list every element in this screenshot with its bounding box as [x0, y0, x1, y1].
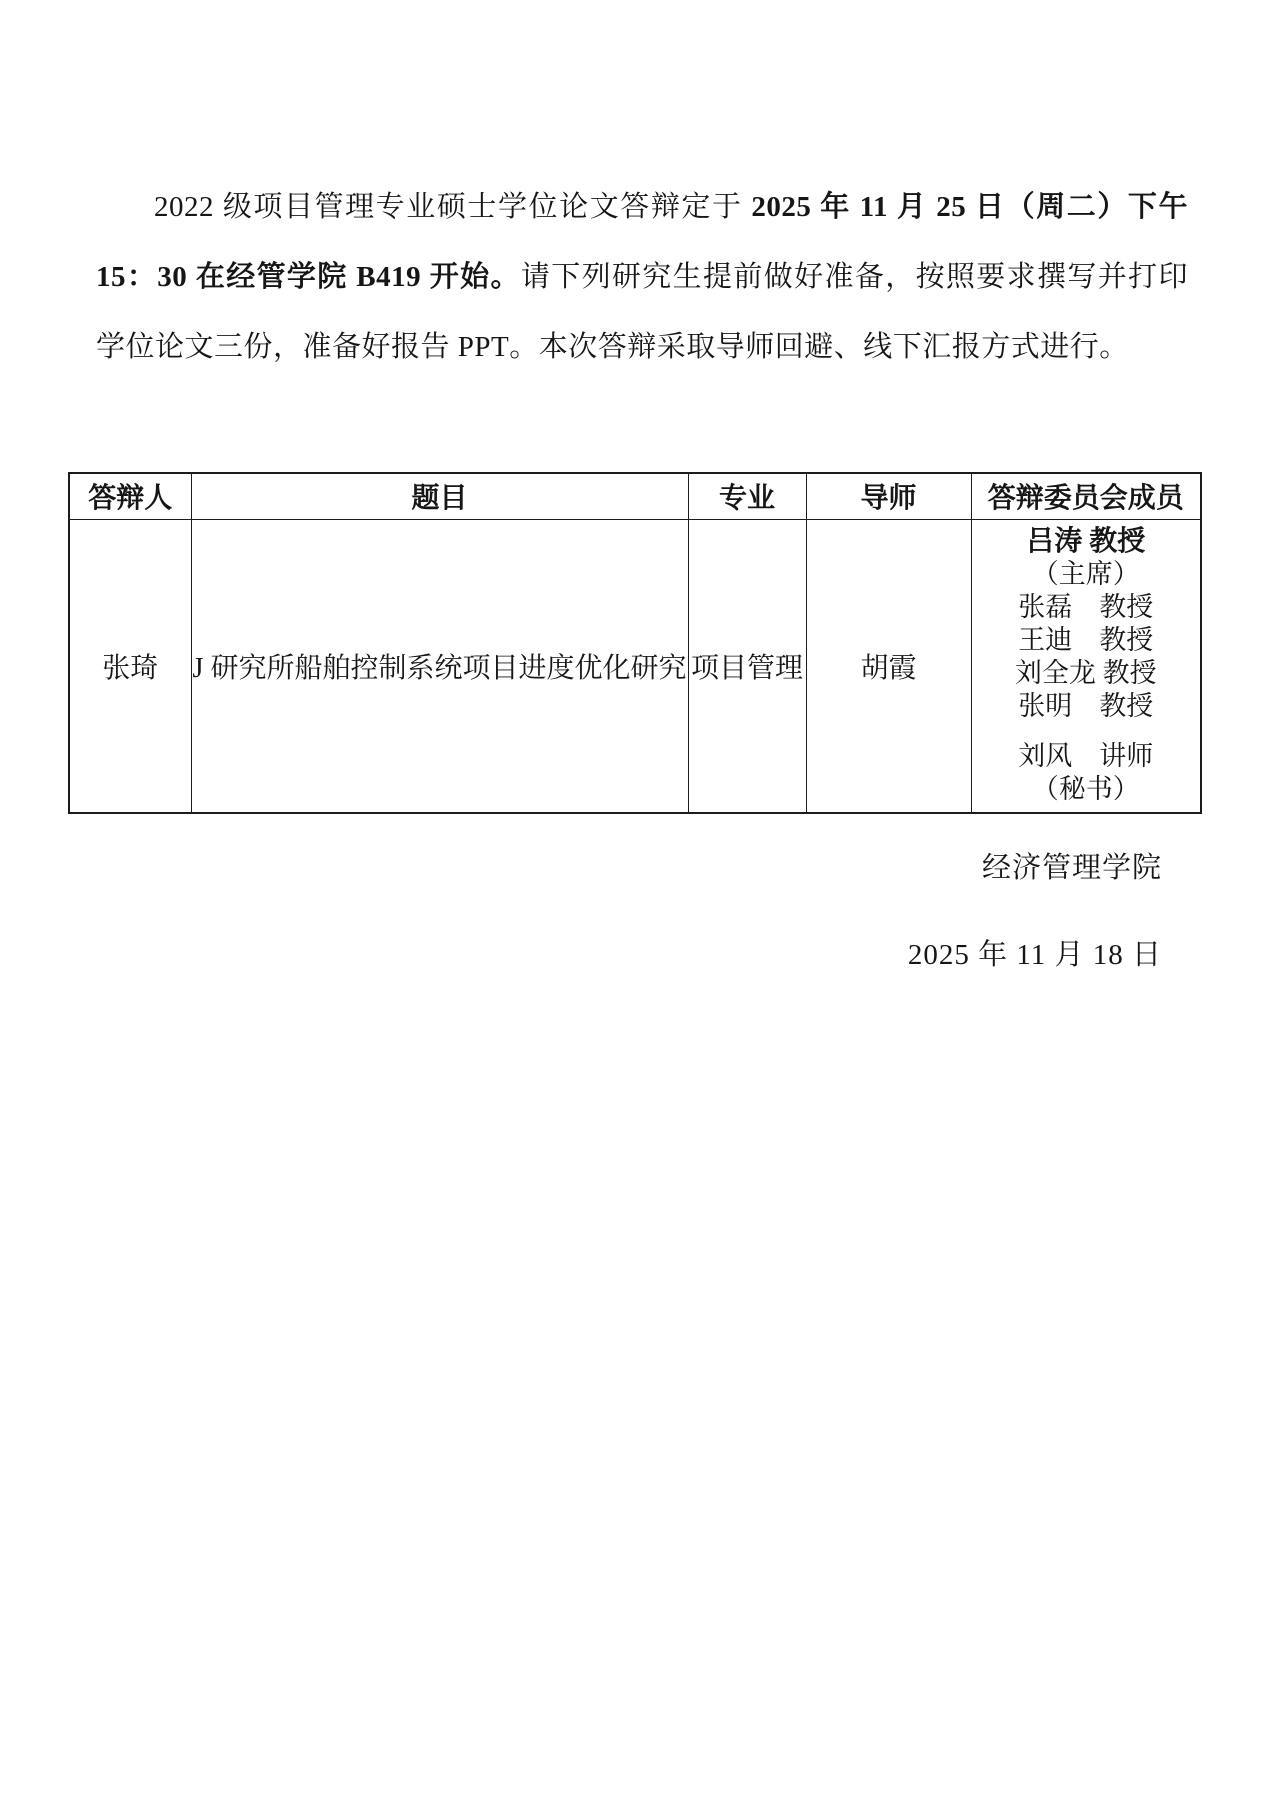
column-header-defender: 答辩人	[69, 473, 191, 519]
advisor-cell: 胡霞	[806, 519, 971, 813]
committee-member-line: 刘全龙 教授	[1015, 657, 1157, 690]
committee-member-line: 张磊 教授	[1018, 591, 1153, 624]
committee-member-line: 刘风 讲师	[1018, 740, 1153, 773]
notice-paragraph: 2022 级项目管理专业硕士学位论文答辩定于 2025 年 11 月 25 日（…	[96, 172, 1188, 382]
notice-segment: 2022 级项目管理专业硕士学位论文答辩定于	[154, 191, 751, 223]
committee-member-line: 吕涛 教授	[1026, 525, 1145, 558]
committee-cell: 吕涛 教授（主席）张磊 教授王迪 教授刘全龙 教授张明 教授刘风 讲师（秘书）	[971, 519, 1201, 813]
table-header-row: 答辩人 题目 专业 导师 答辩委员会成员	[69, 473, 1201, 519]
column-header-advisor: 导师	[806, 473, 971, 519]
committee-member-line: （秘书）	[1032, 773, 1140, 806]
committee-member-line: 王迪 教授	[1018, 624, 1153, 657]
committee-member-list: 吕涛 教授（主席）张磊 教授王迪 教授刘全龙 教授张明 教授刘风 讲师（秘书）	[972, 520, 1201, 812]
committee-member-line: （主席）	[1032, 558, 1140, 591]
thesis-title-cell: J 研究所船舶控制系统项目进度优化研究	[191, 519, 688, 813]
committee-member-line: 张明 教授	[1018, 690, 1153, 723]
column-header-title: 题目	[191, 473, 688, 519]
defense-schedule-table: 答辩人 题目 专业 导师 答辩委员会成员 张琦 J 研究所船舶控制系统项目进度优…	[68, 472, 1202, 814]
column-header-major: 专业	[688, 473, 806, 519]
signature-org: 经济管理学院	[982, 845, 1162, 886]
table-row: 张琦 J 研究所船舶控制系统项目进度优化研究 项目管理 胡霞 吕涛 教授（主席）…	[69, 519, 1201, 813]
column-header-committee: 答辩委员会成员	[971, 473, 1201, 519]
signature-date: 2025 年 11 月 18 日	[908, 932, 1162, 973]
document-page: 2022 级项目管理专业硕士学位论文答辩定于 2025 年 11 月 25 日（…	[0, 0, 1280, 1810]
defender-cell: 张琦	[69, 519, 191, 813]
major-cell: 项目管理	[688, 519, 806, 813]
